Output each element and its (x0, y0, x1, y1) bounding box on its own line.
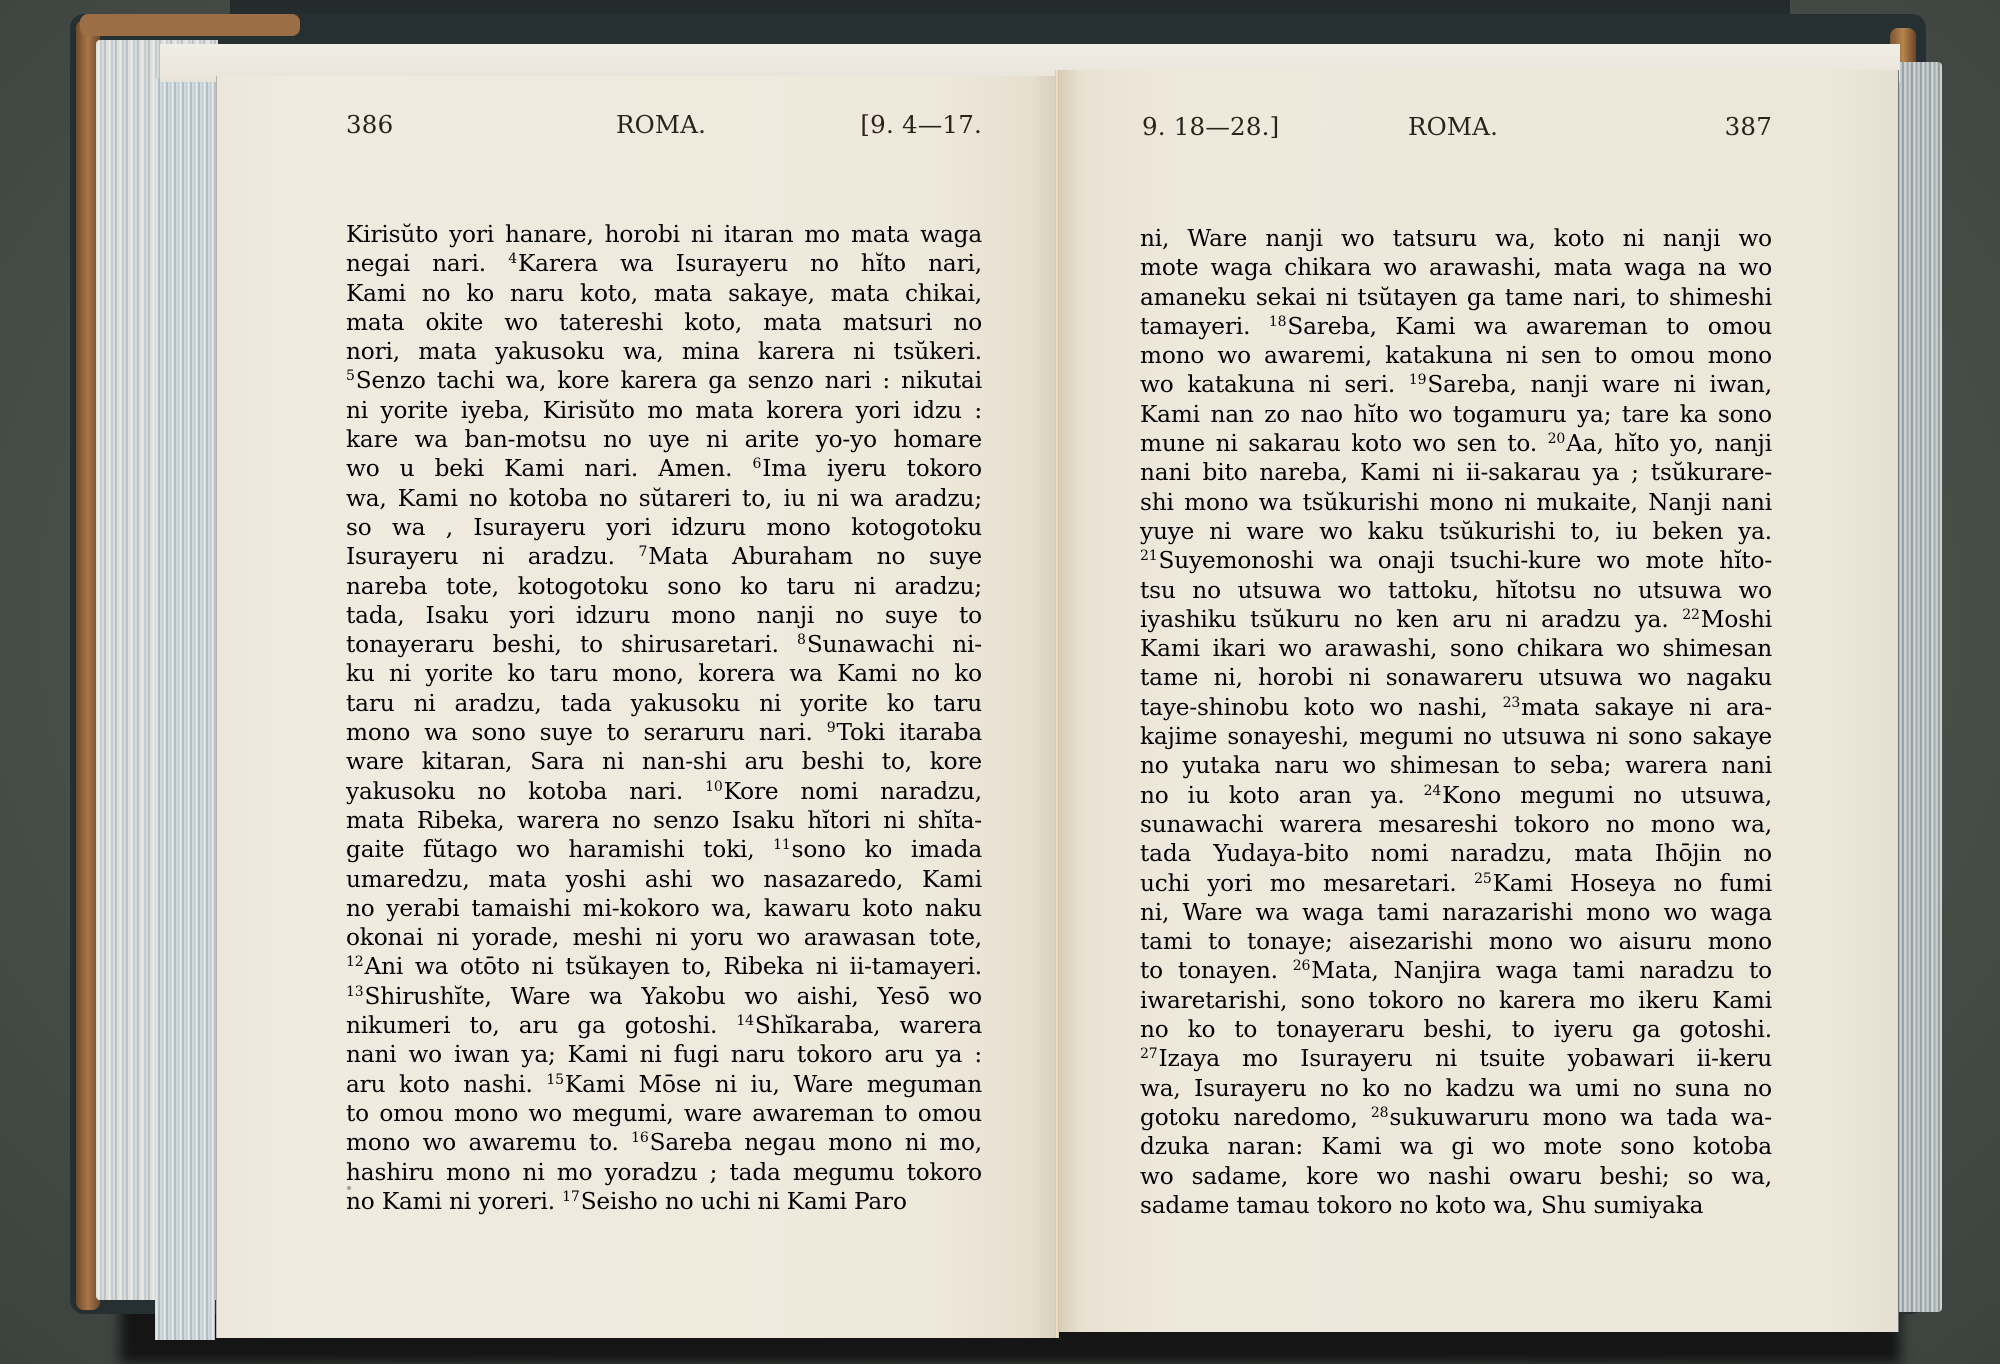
verse-text: yuye ni ware wo kaku tsŭkurishi to, iu b… (1140, 518, 1772, 545)
verse-number: 7 (639, 544, 648, 560)
verse-text: Ani wa otōto ni tsŭkayen to, Ribeka ni i… (365, 953, 982, 980)
text-line: Kami ikari wo arawashi, sono chikara wo … (1140, 634, 1772, 663)
text-line: ku ni yorite ko taru mono, korera wa Kam… (346, 659, 982, 688)
verse-text: tami to tonaye; aisezarishi mono wo aisu… (1140, 928, 1772, 955)
verse-number: 11 (773, 837, 791, 853)
verse-text: tame ni, horobi ni sonawareru utsuwa wo … (1140, 664, 1772, 691)
verse-text: mote waga chikara wo arawashi, mata waga… (1140, 254, 1772, 281)
verse-text: mono wo awaremi, katakuna ni sen to omou… (1140, 342, 1772, 369)
verse-text: Izaya mo Isurayeru ni tsuite yobawari ii… (1159, 1045, 1772, 1072)
verse-text: wo sadame, kore wo nashi owaru beshi; so… (1140, 1163, 1772, 1190)
verse-text: nareba tote, kotogotoku sono ko taru ni … (346, 573, 982, 600)
text-line: so wa , Isurayeru yori idzuru mono kotog… (346, 513, 982, 542)
verse-text: okonai ni yorade, meshi ni yoru wo arawa… (346, 924, 982, 951)
text-line: tada Yudaya-bito nomi naradzu, mata Ihōj… (1140, 839, 1772, 868)
text-line: taru ni aradzu, tada yakusoku ni yorite … (346, 689, 982, 718)
verse-text: to omou mono wo megumi, ware awareman to… (346, 1100, 982, 1127)
text-line: 21Suyemonoshi wa onaji tsuchi-kure wo mo… (1140, 546, 1772, 575)
verse-text: so wa , Isurayeru yori idzuru mono kotog… (346, 514, 982, 541)
text-line: amaneku sekai ni tsŭtayen ga tame nari, … (1140, 283, 1772, 312)
verse-text: no ko to tonayeraru beshi, to iyeru ga g… (1140, 1016, 1772, 1043)
verse-text: Kami Hoseya no fumi (1493, 870, 1772, 897)
book-gutter (1055, 70, 1059, 1338)
verse-text: Shirushĭte, Ware wa Yakobu wo aishi, Yes… (365, 983, 982, 1010)
text-line: Kirisŭto yori hanare, horobi ni itaran m… (346, 220, 982, 249)
verse-text: yakusoku no kotoba nari. (346, 778, 705, 805)
verse-text: kare wa ban-motsu no uye ni arite yo-yo … (346, 426, 982, 453)
verse-text: sadame tamau tokoro no koto wa, Shu sumi… (1140, 1192, 1703, 1219)
verse-text: nikumeri to, aru ga gotoshi. (346, 1012, 736, 1039)
text-line: gaite fŭtago wo haramishi toki, 11sono k… (346, 835, 982, 864)
verse-text: nani wo iwan ya; Kami ni fugi naru tokor… (346, 1041, 982, 1068)
page-stack-left-inner (155, 78, 215, 1340)
page-number: 386 (346, 110, 393, 139)
verse-text: Sareba negau mono ni mo, (650, 1129, 982, 1156)
text-line: no yerabi tamaishi mi-kokoro wa, kawaru … (346, 894, 982, 923)
verse-text: umaredzu, mata yoshi ashi wo nasazaredo,… (346, 866, 982, 893)
verse-text: Shĭkaraba, warera (755, 1012, 982, 1039)
verse-text: Seisho no uchi ni Kami Paro (581, 1188, 907, 1215)
verse-text: tonayeraru beshi, to shirusaretari. (346, 631, 797, 658)
text-line: ni, Ware wa waga tami narazarishi mono w… (1140, 898, 1772, 927)
verse-text: mata sakaye ni ara- (1521, 694, 1772, 721)
page-number: 387 (1725, 112, 1772, 141)
verse-text: nani bito nareba, Kami ni ii-sakarau ya … (1140, 459, 1772, 486)
text-line: aru koto nashi. 15Kami Mōse ni iu, Ware … (346, 1070, 982, 1099)
verse-number: 20 (1548, 431, 1566, 447)
verse-text: Karera wa Isurayeru no hĭto nari, (518, 250, 982, 277)
verse-text: hashiru mono ni mo yoradzu ; tada megumu… (346, 1159, 982, 1186)
text-line: tame ni, horobi ni sonawareru utsuwa wo … (1140, 663, 1772, 692)
verse-text: no yerabi tamaishi mi-kokoro wa, kawaru … (346, 895, 982, 922)
verse-text: Ima iyeru tokoro (762, 455, 982, 482)
verse-text: taru ni aradzu, tada yakusoku ni yorite … (346, 690, 982, 717)
verse-number: 15 (546, 1072, 564, 1088)
chapter-range: [9. 4—17. (860, 110, 982, 139)
verse-text: Sareba, Kami wa awareman to omou (1287, 313, 1772, 340)
verse-number: 8 (797, 632, 806, 648)
text-line: to omou mono wo megumi, ware awareman to… (346, 1099, 982, 1128)
verse-number: 22 (1682, 607, 1700, 623)
verse-text: Sareba, nanji ware ni iwan, (1427, 371, 1772, 398)
verse-text: no iu koto aran ya. (1140, 782, 1424, 809)
verse-text: ni, Ware nanji wo tatsuru wa, koto ni na… (1140, 225, 1772, 252)
text-line: tamayeri. 18Sareba, Kami wa awareman to … (1140, 312, 1772, 341)
text-line: mono wo awaremi, katakuna ni sen to omou… (1140, 341, 1772, 370)
verse-text: Kami no ko naru koto, mata sakaye, mata … (346, 280, 982, 307)
verse-number: 16 (631, 1130, 649, 1146)
text-line: kajime sonayeshi, megumi no utsuwa ni so… (1140, 722, 1772, 751)
verse-number: 27 (1140, 1046, 1158, 1062)
verse-text: Mata, Nanjira waga tami naradzu to (1311, 957, 1772, 984)
verse-text: mata okite wo tatereshi koto, mata matsu… (346, 309, 982, 336)
text-line: uchi yori mo mesaretari. 25Kami Hoseya n… (1140, 869, 1772, 898)
verse-text: gotoku naredomo, (1140, 1104, 1371, 1131)
text-line: okonai ni yorade, meshi ni yoru wo arawa… (346, 923, 982, 952)
text-line: mono wa sono suye to seraruru nari. 9Tok… (346, 718, 982, 747)
verse-number: 24 (1424, 783, 1442, 799)
text-line: mata okite wo tatereshi koto, mata matsu… (346, 308, 982, 337)
verse-number: 23 (1503, 695, 1521, 711)
verse-text: no yutaka naru wo shimesan to seba; ware… (1140, 752, 1772, 779)
verse-text: sono ko imada (792, 836, 982, 863)
verse-text: tsu no utsuwa wo tattoku, hĭtotsu no uts… (1140, 577, 1772, 604)
text-line: iwaretarishi, sono tokoro no karera mo i… (1140, 986, 1772, 1015)
text-line: nani wo iwan ya; Kami ni fugi naru tokor… (346, 1040, 982, 1069)
text-line: ni, Ware nanji wo tatsuru wa, koto ni na… (1140, 224, 1772, 253)
verse-text: sunawachi warera mesareshi tokoro no mon… (1140, 811, 1772, 838)
text-line: yakusoku no kotoba nari. 10Kore nomi nar… (346, 777, 982, 806)
verse-text: aru koto nashi. (346, 1071, 546, 1098)
verse-text: shi mono wa tsŭkurishi mono ni mukaite, … (1140, 489, 1772, 516)
verse-text: wo katakuna ni seri. (1140, 371, 1409, 398)
text-line: sadame tamau tokoro no koto wa, Shu sumi… (1140, 1191, 1772, 1220)
verse-text: amaneku sekai ni tsŭtayen ga tame nari, … (1140, 284, 1772, 311)
text-line: tonayeraru beshi, to shirusaretari. 8Sun… (346, 630, 982, 659)
text-line: ni yorite iyeba, Kirisŭto mo mata korera… (346, 396, 982, 425)
verse-text: wa, Isurayeru no ko no kadzu wa umi no s… (1140, 1075, 1772, 1102)
text-line: Isurayeru ni aradzu. 7Mata Aburaham no s… (346, 542, 982, 571)
verse-number: 17 (562, 1189, 580, 1205)
verse-text: wa, Kami no kotoba no sŭtareri to, iu ni… (346, 485, 982, 512)
text-line: mote waga chikara wo arawashi, mata waga… (1140, 253, 1772, 282)
verse-text: Moshi (1701, 606, 1772, 633)
text-line: tami to tonaye; aisezarishi mono wo aisu… (1140, 927, 1772, 956)
running-title: ROMA. (1408, 112, 1498, 141)
verse-number: 9 (827, 720, 836, 736)
verse-number: 28 (1371, 1105, 1389, 1121)
page-stack-right (1898, 62, 1942, 1312)
verse-text: mono wa sono suye to seraruru nari. (346, 719, 827, 746)
verse-text: Kami Mōse ni iu, Ware meguman (565, 1071, 982, 1098)
text-line: nikumeri to, aru ga gotoshi. 14Shĭkaraba… (346, 1011, 982, 1040)
text-line: 5Senzo tachi wa, kore karera ga senzo na… (346, 366, 982, 395)
leather-corner-left (80, 14, 300, 36)
text-line: ware kitaran, Sara ni nan-shi aru beshi … (346, 747, 982, 776)
text-line: Kami nan zo nao hĭto wo togamuru ya; tar… (1140, 400, 1772, 429)
text-line: gotoku naredomo, 28sukuwaruru mono wa ta… (1140, 1103, 1772, 1132)
text-line: dzuka naran: Kami wa gi wo mote sono kot… (1140, 1132, 1772, 1161)
verse-number: 18 (1269, 314, 1287, 330)
verse-number: 26 (1293, 958, 1311, 974)
verse-text: taye-shinobu koto wo nashi, (1140, 694, 1503, 721)
text-line: yuye ni ware wo kaku tsŭkurishi to, iu b… (1140, 517, 1772, 546)
text-line: wo u beki Kami nari. Amen. 6Ima iyeru to… (346, 454, 982, 483)
verse-text: no Kami ni yoreri. (346, 1188, 562, 1215)
text-line: no yutaka naru wo shimesan to seba; ware… (1140, 751, 1772, 780)
text-line: no ko to tonayeraru beshi, to iyeru ga g… (1140, 1015, 1772, 1044)
text-line: Kami no ko naru koto, mata sakaye, mata … (346, 279, 982, 308)
text-line: tada, Isaku yori idzuru mono nanji no su… (346, 601, 982, 630)
verse-text: tamayeri. (1140, 313, 1269, 340)
text-line: mono wo awaremu to. 16Sareba negau mono … (346, 1128, 982, 1157)
text-line: no iu koto aran ya. 24Kono megumi no uts… (1140, 781, 1772, 810)
text-line: wa, Kami no kotoba no sŭtareri to, iu ni… (346, 484, 982, 513)
verse-text: sukuwaruru mono wa tada wa- (1389, 1104, 1772, 1131)
verse-text: Toki itaraba (836, 719, 982, 746)
verse-text: Senzo tachi wa, kore karera ga senzo nar… (356, 367, 982, 394)
verse-text: nori, mata yakusoku wa, mina karera ni t… (346, 338, 982, 365)
verse-text: Kami ikari wo arawashi, sono chikara wo … (1140, 635, 1772, 662)
text-line: 13Shirushĭte, Ware wa Yakobu wo aishi, Y… (346, 982, 982, 1011)
verse-text: Suyemonoshi wa onaji tsuchi-kure wo mote… (1159, 547, 1772, 574)
text-line: taye-shinobu koto wo nashi, 23mata sakay… (1140, 693, 1772, 722)
text-line: shi mono wa tsŭkurishi mono ni mukaite, … (1140, 488, 1772, 517)
text-line: sunawachi warera mesareshi tokoro no mon… (1140, 810, 1772, 839)
running-title: ROMA. (616, 110, 706, 139)
text-line: umaredzu, mata yoshi ashi wo nasazaredo,… (346, 865, 982, 894)
verse-text: tada Yudaya-bito nomi naradzu, mata Ihōj… (1140, 840, 1772, 867)
text-line: mata Ribeka, warera no senzo Isaku hĭtor… (346, 806, 982, 835)
verse-text: ware kitaran, Sara ni nan-shi aru beshi … (346, 748, 982, 775)
verse-text: Isurayeru ni aradzu. (346, 543, 639, 570)
verse-number: 21 (1140, 548, 1158, 564)
verse-text: wo u beki Kami nari. Amen. (346, 455, 752, 482)
text-line: nani bito nareba, Kami ni ii-sakarau ya … (1140, 458, 1772, 487)
text-line: mune ni sakarau koto wo sen to. 20Aa, hĭ… (1140, 429, 1772, 458)
verse-text: dzuka naran: Kami wa gi wo mote sono kot… (1140, 1133, 1772, 1160)
verse-text: Aa, hĭto yo, nanji (1566, 430, 1772, 457)
text-line: nori, mata yakusoku wa, mina karera ni t… (346, 337, 982, 366)
verse-number: 25 (1474, 871, 1492, 887)
verse-text: Kore nomi naradzu, (724, 778, 982, 805)
verse-text: to tonayen. (1140, 957, 1293, 984)
verse-text: Kirisŭto yori hanare, horobi ni itaran m… (346, 221, 982, 248)
verse-number: 13 (346, 984, 364, 1000)
text-line: nareba tote, kotogotoku sono ko taru ni … (346, 572, 982, 601)
text-line: hashiru mono ni mo yoradzu ; tada megumu… (346, 1158, 982, 1187)
verse-text: Sunawachi ni- (807, 631, 982, 658)
verse-number: 14 (736, 1013, 754, 1029)
text-line: kare wa ban-motsu no uye ni arite yo-yo … (346, 425, 982, 454)
text-line: wo katakuna ni seri. 19Sareba, nanji war… (1140, 370, 1772, 399)
verse-text: ni yorite iyeba, Kirisŭto mo mata korera… (346, 397, 982, 424)
verse-text: kajime sonayeshi, megumi no utsuwa ni so… (1140, 723, 1772, 750)
verse-text: ni, Ware wa waga tami narazarishi mono w… (1140, 899, 1772, 926)
verse-text: iyashiku tsŭkuru no ken aru ni aradzu ya… (1140, 606, 1682, 633)
verse-text: Mata Aburaham no suye (648, 543, 982, 570)
verse-text: mune ni sakarau koto wo sen to. (1140, 430, 1548, 457)
text-line: negai nari. 4Karera wa Isurayeru no hĭto… (346, 249, 982, 278)
verse-text: negai nari. (346, 250, 508, 277)
verse-number: 10 (705, 779, 723, 795)
verse-number: 12 (346, 954, 364, 970)
text-line: no Kami ni yoreri. 17Seisho no uchi ni K… (346, 1187, 982, 1216)
verse-text: mata Ribeka, warera no senzo Isaku hĭtor… (346, 807, 982, 834)
text-line: to tonayen. 26Mata, Nanjira waga tami na… (1140, 956, 1772, 985)
verse-number: 19 (1409, 372, 1427, 388)
text-line: wa, Isurayeru no ko no kadzu wa umi no s… (1140, 1074, 1772, 1103)
left-page-body: Kirisŭto yori hanare, horobi ni itaran m… (346, 220, 982, 1216)
verse-number: 4 (508, 251, 517, 267)
verse-text: tada, Isaku yori idzuru mono nanji no su… (346, 602, 982, 629)
verse-number: 6 (752, 456, 761, 472)
text-line: tsu no utsuwa wo tattoku, hĭtotsu no uts… (1140, 576, 1772, 605)
text-line: 12Ani wa otōto ni tsŭkayen to, Ribeka ni… (346, 952, 982, 981)
text-line: 27Izaya mo Isurayeru ni tsuite yobawari … (1140, 1044, 1772, 1073)
text-line: iyashiku tsŭkuru no ken aru ni aradzu ya… (1140, 605, 1772, 634)
verse-text: Kami nan zo nao hĭto wo togamuru ya; tar… (1140, 401, 1772, 428)
verse-text: gaite fŭtago wo haramishi toki, (346, 836, 773, 863)
verse-text: mono wo awaremu to. (346, 1129, 631, 1156)
verse-text: iwaretarishi, sono tokoro no karera mo i… (1140, 987, 1772, 1014)
verse-text: ku ni yorite ko taru mono, korera wa Kam… (346, 660, 982, 687)
chapter-range: 9. 18—28.] (1142, 112, 1279, 141)
verse-number: 5 (346, 368, 355, 384)
text-line: wo sadame, kore wo nashi owaru beshi; so… (1140, 1162, 1772, 1191)
verse-text: Kono megumi no utsuwa, (1442, 782, 1772, 809)
verse-text: uchi yori mo mesaretari. (1140, 870, 1474, 897)
right-page-body: ni, Ware nanji wo tatsuru wa, koto ni na… (1140, 224, 1772, 1220)
